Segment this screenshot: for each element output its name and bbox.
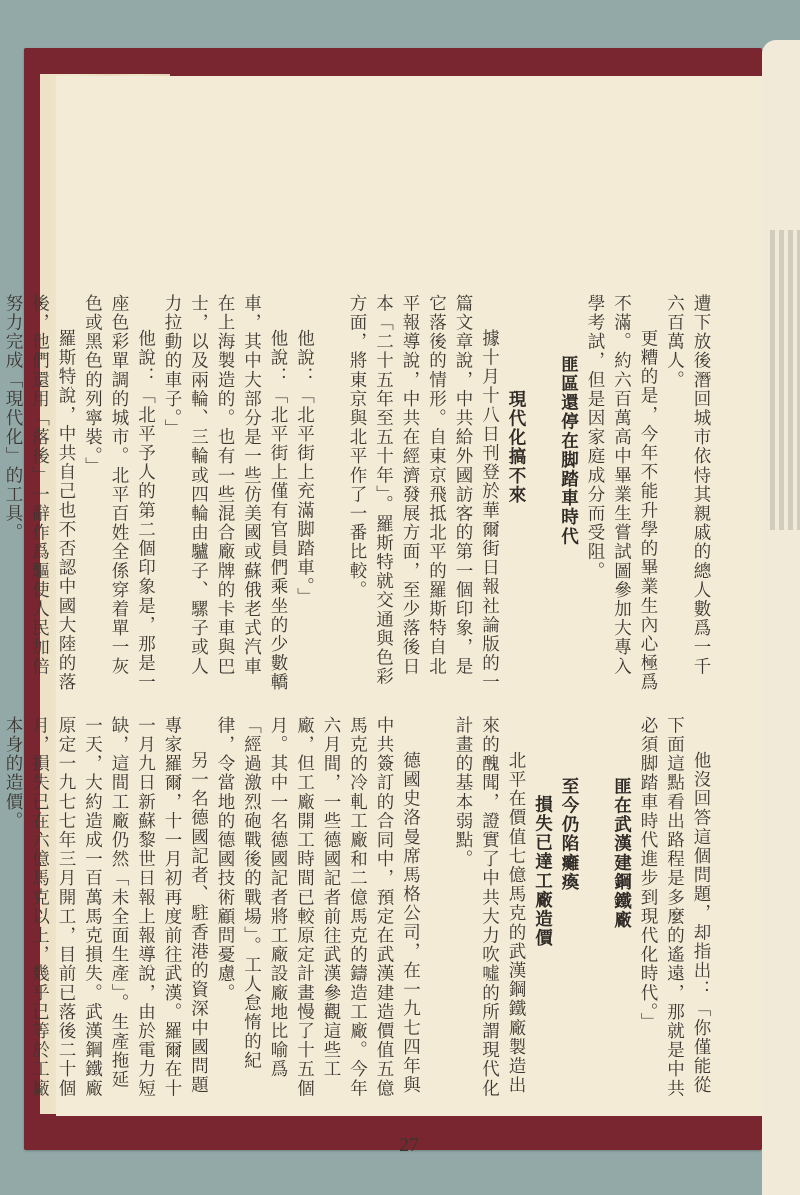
paragraph: 另一名德國記者、駐香港的資深中國問題專家羅爾，十一月初再度前往武漢。羅爾在十一月… <box>0 716 212 1106</box>
section-heading-line2: 至今仍陷癱瘓 <box>556 777 583 1106</box>
section-heading-line1: 匪在武漢建鋼鐵廠 <box>608 777 635 1106</box>
top-section: 遭下放後潛回城市依恃其親戚的總人數爲一千六百萬人。 更糟的是，今年不能升學的畢業… <box>0 294 714 694</box>
paragraph: 他說：「北平街上充滿脚踏車。」 <box>291 294 318 694</box>
section-heading-line1: 匪區還停在脚踏車時代 <box>555 355 582 694</box>
paragraph: 他說：「北平予人的第二個印象是，那是一座色彩單調的城市。北平百姓全係穿着單一灰色… <box>79 294 159 694</box>
paragraph: 遭下放後潛回城市依恃其親戚的總人數爲一千六百萬人。 <box>661 294 714 694</box>
section-heading-line3: 損失已達工廠造價 <box>529 795 556 1106</box>
paragraph: 德國史洛曼席馬格公司，在一九七四年與中共簽訂的合同中，預定在武漢建造價值五億馬克… <box>212 716 424 1106</box>
section-heading-line2: 現代化搞不來 <box>503 390 530 694</box>
facing-page-edge <box>762 40 800 1195</box>
paragraph: 北平在價值七億馬克的武漢鋼鐵廠製造出來的醜聞，證實了中共大力吹噓的所謂現代化計畫… <box>450 716 530 1106</box>
paragraph: 他說：「北平街上僅有官員們乘坐的少數轎車，其中大部分是一些仿美國或蘇俄老式汽車在… <box>159 294 292 694</box>
paragraph: 羅斯特說，中共自己也不否認中國大陸的落後，他們還用「落後」一辭作爲驅使人民加倍努… <box>0 294 79 694</box>
paragraph: 他沒回答這個問題，却指出：「你僅能從下面這點看出路程是多麼的遙遠，那就是中共必須… <box>635 716 715 1106</box>
facing-page-text <box>770 230 800 530</box>
paragraph: 更糟的是，今年不能升學的畢業生內心極爲不滿。約六百萬高中畢業生嘗試圖參加大專入學… <box>582 294 662 694</box>
paragraph: 據十月十八日刊登於華爾街日報社論版的一篇文章說，中共給外國訪客的第一個印象，是它… <box>344 294 503 694</box>
bottom-section: 他沒回答這個問題，却指出：「你僅能從下面這點看出路程是多麼的遙遠，那就是中共必須… <box>0 716 714 1106</box>
page-number: 27 <box>56 1134 762 1157</box>
book-page: 遭下放後潛回城市依恃其親戚的總人數爲一千六百萬人。 更糟的是，今年不能升學的畢業… <box>56 76 762 1116</box>
